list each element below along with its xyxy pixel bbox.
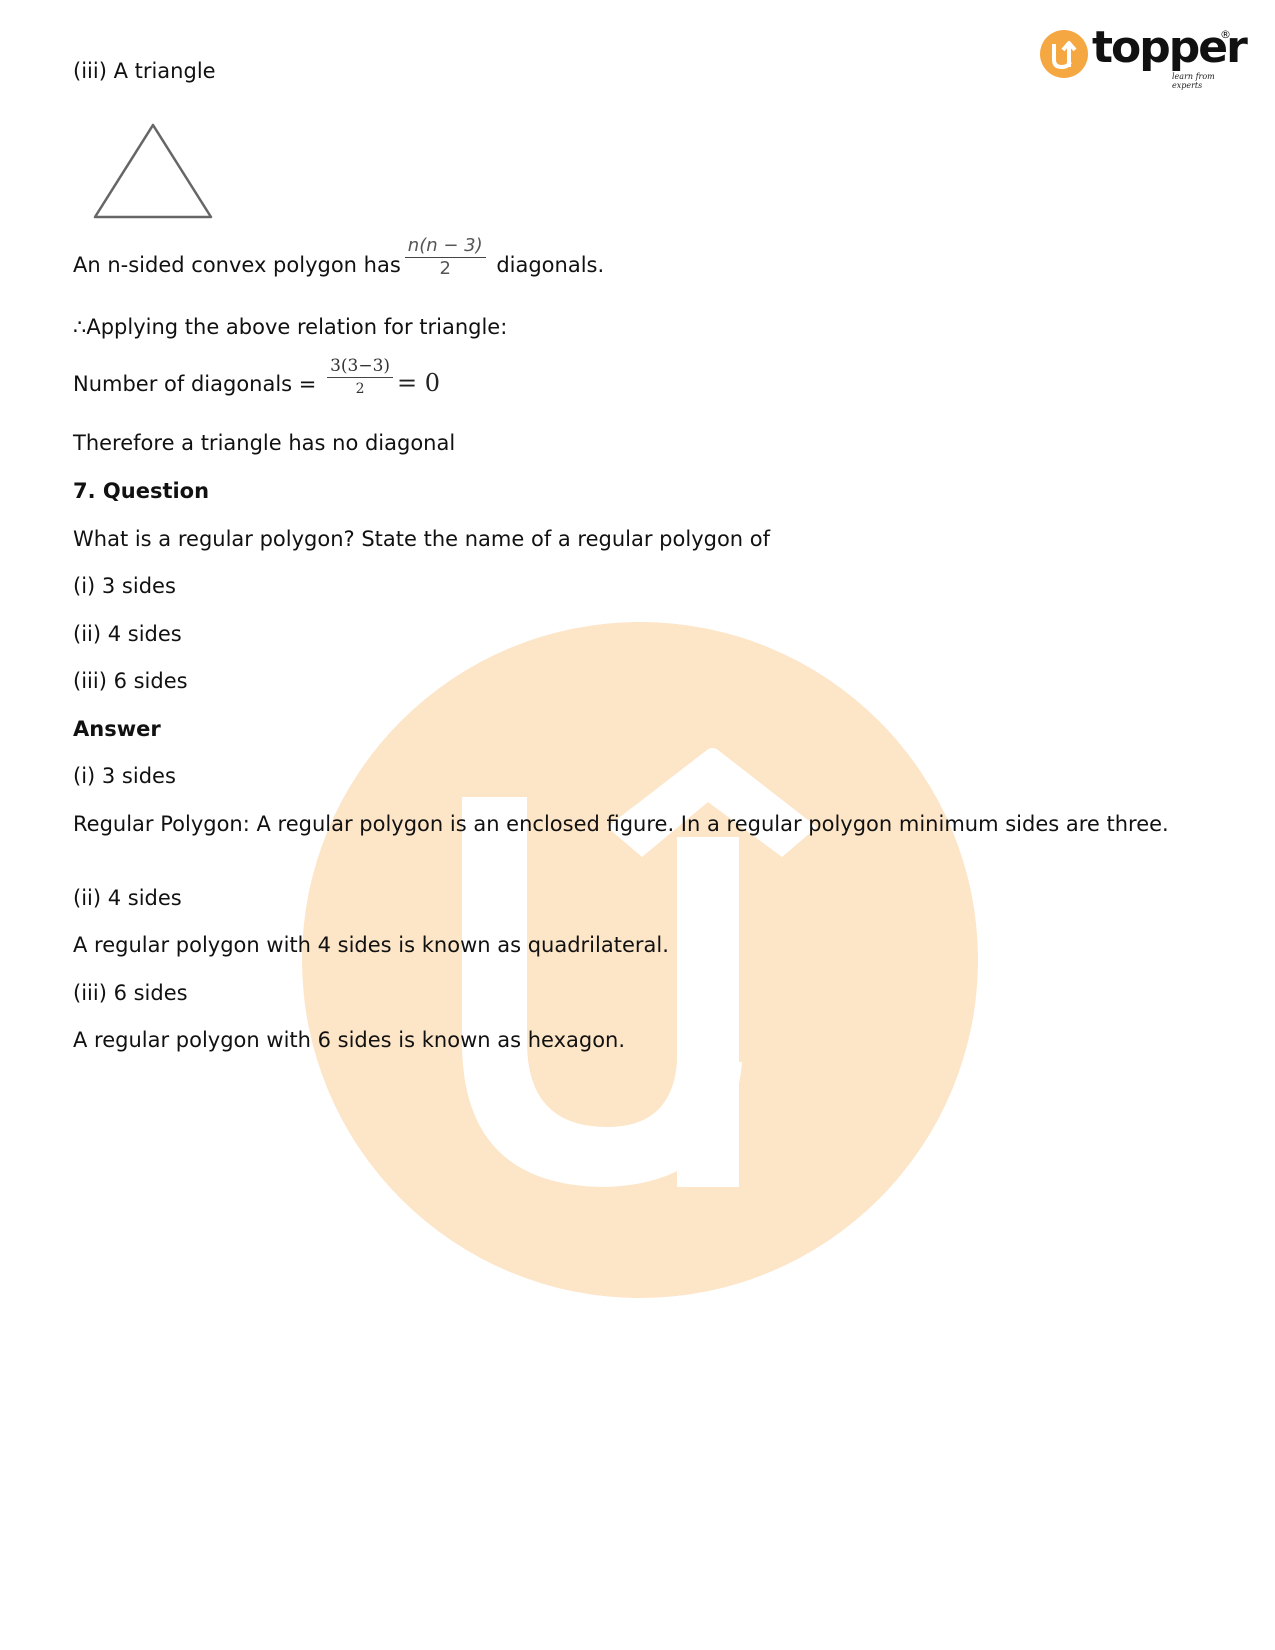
formula-denominator: 2 <box>405 258 486 280</box>
formula-intro: An n-sided convex polygon has <box>73 253 401 277</box>
calc-denominator: 2 <box>327 378 393 400</box>
calc-prefix: Number of diagonals = <box>73 372 316 396</box>
diagonal-formula: n(n − 3)2 <box>405 235 486 280</box>
answer-text: A regular polygon with 4 sides is known … <box>73 932 669 958</box>
calc-result: = 0 <box>397 369 440 397</box>
question-heading: 7. Question <box>73 478 209 504</box>
answer-text: Regular Polygon: A regular polygon is an… <box>73 811 1173 837</box>
formula-line: An n-sided convex polygon hasn(n − 3)2 d… <box>73 252 604 280</box>
logo-u-arrow-icon <box>1040 30 1088 78</box>
topper-watermark <box>302 622 978 1298</box>
logo-tagline: learn from experts <box>1172 72 1230 90</box>
question-part: (ii) 4 sides <box>73 621 182 647</box>
topper-logo: topper ® learn from experts <box>1040 28 1230 88</box>
question-part: (i) 3 sides <box>73 573 176 599</box>
applying-text: ∴Applying the above relation for triangl… <box>73 314 507 340</box>
calc-fraction: 3(3−3)2 <box>327 355 393 400</box>
answer-label: (ii) 4 sides <box>73 885 182 911</box>
answer-text: A regular polygon with 6 sides is known … <box>73 1027 625 1053</box>
question-part: (iii) 6 sides <box>73 668 188 694</box>
triangle-figure <box>91 122 216 222</box>
formula-suffix: diagonals. <box>496 253 604 277</box>
answer-heading: Answer <box>73 716 161 742</box>
conclusion-text: Therefore a triangle has no diagonal <box>73 430 455 456</box>
part-label: (iii) A triangle <box>73 58 216 84</box>
formula-numerator: n(n − 3) <box>405 235 486 258</box>
question-text: What is a regular polygon? State the nam… <box>73 526 770 552</box>
calculation-line: Number of diagonals = 3(3−3)2= 0 <box>73 370 440 400</box>
answer-label: (i) 3 sides <box>73 763 176 789</box>
calc-numerator: 3(3−3) <box>327 355 393 378</box>
answer-label: (iii) 6 sides <box>73 980 188 1006</box>
registered-mark: ® <box>1220 28 1231 41</box>
